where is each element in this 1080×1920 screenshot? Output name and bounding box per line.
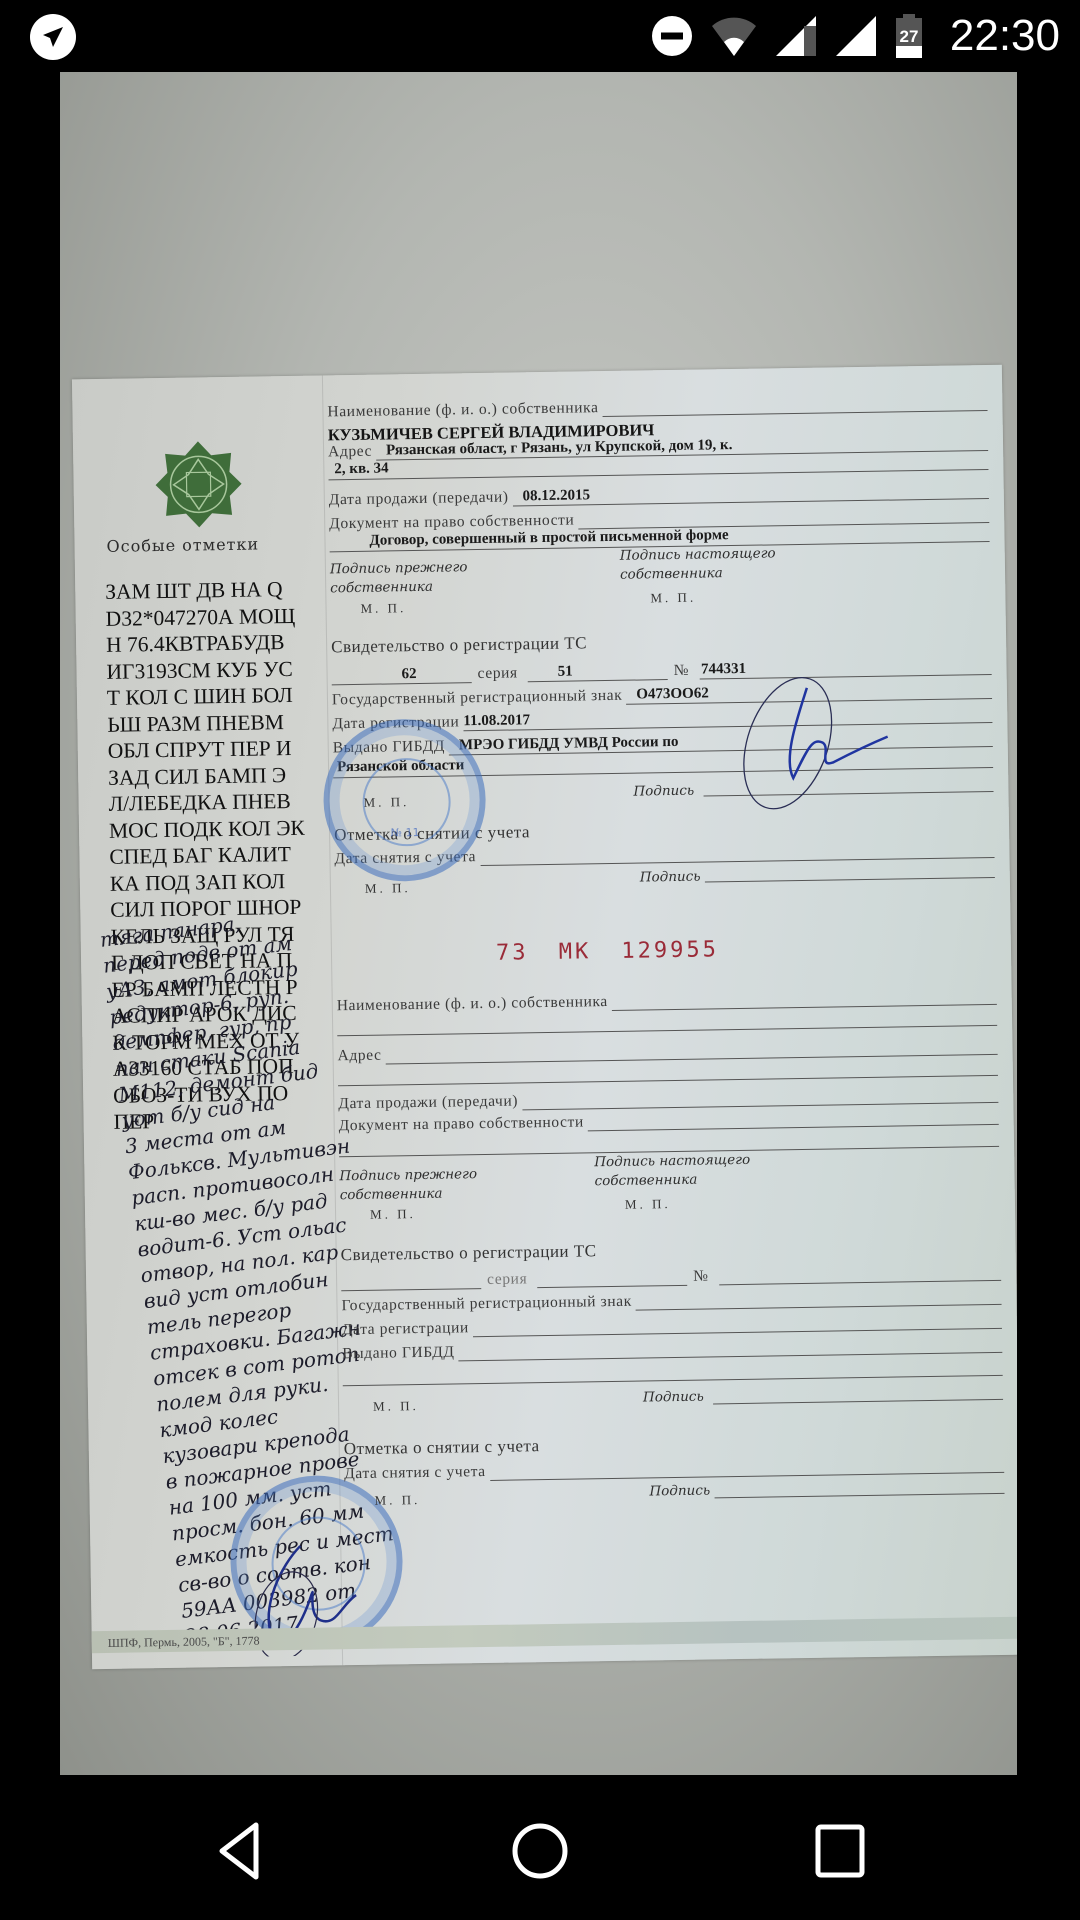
special-notes-line: ЗАД СИЛ БАМП Э [108, 761, 328, 791]
owner2-reg-date-row: Дата регистрации [342, 1311, 1002, 1339]
back-button[interactable] [200, 1811, 280, 1891]
battery-icon: 27 [894, 13, 924, 59]
do-not-disturb-icon [650, 14, 694, 58]
recents-button[interactable] [800, 1811, 880, 1891]
location-arrow-icon [30, 14, 76, 60]
owner2-issued-row: Выдано ГИБДД [342, 1335, 1002, 1363]
owner2-stamp-place-dereg: М. П. [374, 1492, 420, 1509]
owner2-signature-line [713, 1383, 1003, 1405]
status-icons: 27 22:30 [650, 0, 1060, 72]
document-photo[interactable]: Особые отметки ЗАМ ШТ ДВ НА QD32*047270А… [60, 72, 1017, 1775]
status-bar: 27 22:30 [0, 0, 1080, 72]
recents-icon [808, 1819, 872, 1883]
form-serial-number: 73 МК 129955 [496, 937, 719, 965]
owner2-cert-series-row: серия № [341, 1263, 1001, 1291]
owner2-prev-sig-label: Подпись прежнегособственника [339, 1165, 477, 1205]
owner1-name-row: Наименование (ф. и. о.) собственника [327, 393, 987, 421]
owner1-prev-sig-label: Подпись прежнегособственника [330, 558, 468, 598]
special-notes-line: ОБЛ СПРУТ ПЕР И [108, 734, 328, 764]
back-icon [210, 1819, 270, 1883]
special-notes-line: ЬШ РАЗМ ПНЕВМ [107, 708, 327, 738]
clock: 22:30 [950, 11, 1060, 61]
special-notes-line: МОС ПОДК КОЛ ЭК [109, 814, 329, 844]
owner1-dereg-signature-label: Подпись [640, 868, 701, 888]
cell-signal-2-icon [834, 14, 878, 58]
owner1-cert-title: Свидетельство о регистрации ТС [331, 633, 587, 657]
printer-imprint: ШПФ, Пермь, 2005, "Б", 1778 [108, 1634, 260, 1651]
emblem-icon [153, 439, 244, 530]
owner2-plate-row: Государственный регистрационный знак [341, 1287, 1001, 1315]
owner2-curr-sig-label: Подпись настоящегособственника [594, 1151, 750, 1191]
home-icon [508, 1819, 572, 1883]
wifi-icon [710, 14, 758, 58]
special-notes-line: Т КОЛ С ШИН БОЛ [107, 681, 327, 711]
official-signature [712, 666, 904, 819]
navigation-bar [0, 1775, 1080, 1920]
owner2-stamp-place-right: М. П. [625, 1196, 671, 1213]
special-notes-line: Л/ЛЕБЕДКА ПНЕВ [108, 787, 328, 817]
special-notes-line: КА ПОД ЗАП КОЛ [110, 867, 330, 897]
owner2-stamp-place-left: М. П. [370, 1206, 416, 1223]
owner2-dereg-signature-label: Подпись [649, 1481, 710, 1501]
special-notes-line: ЗАМ ШТ ДВ НА Q [105, 575, 325, 605]
special-notes-line: Н 76.4КВТРАБУДВ [106, 628, 326, 658]
home-button[interactable] [500, 1811, 580, 1891]
cell-signal-icon [774, 14, 818, 58]
owner-records-column: Наименование (ф. и. о.) собственника КУЗ… [327, 365, 1017, 1665]
owner1-stamp-place-right: М. П. [650, 590, 696, 607]
owner2-signature-label: Подпись [643, 1388, 704, 1408]
owner1-dereg-signature-line [705, 861, 995, 883]
special-notes-line: D32*047270А МОЩ [105, 602, 325, 632]
svg-text:27: 27 [899, 27, 918, 46]
owner2-dereg-title: Отметка о снятии с учета [344, 1436, 540, 1459]
registration-document: Особые отметки ЗАМ ШТ ДВ НА QD32*047270А… [72, 365, 1017, 1669]
owner1-stamp-place-left: М. П. [360, 600, 406, 617]
owner2-stamp-place-issued: М. П. [373, 1398, 419, 1415]
special-notes-line: СПЕД БАГ КАЛИТ [109, 840, 329, 870]
owner1-stamp-place-dereg: М. П. [365, 880, 411, 897]
owner1-sale-date-row: Дата продажи (передачи) 08.12.2015 [329, 481, 989, 509]
owner2-issued-line2 [343, 1359, 1003, 1386]
special-notes-title: Особые отметки [106, 534, 259, 555]
owner2-dereg-signature-line [714, 1477, 1004, 1499]
owner2-cert-title: Свидетельство о регистрации ТС [341, 1241, 597, 1265]
special-notes-column: Особые отметки ЗАМ ШТ ДВ НА QD32*047270А… [72, 375, 343, 1669]
owner1-curr-sig-label: Подпись настоящегособственника [620, 544, 776, 584]
special-notes-line: ИГ3193СМ КУБ УС [106, 655, 326, 685]
owner1-signature-label: Подпись [633, 782, 694, 802]
